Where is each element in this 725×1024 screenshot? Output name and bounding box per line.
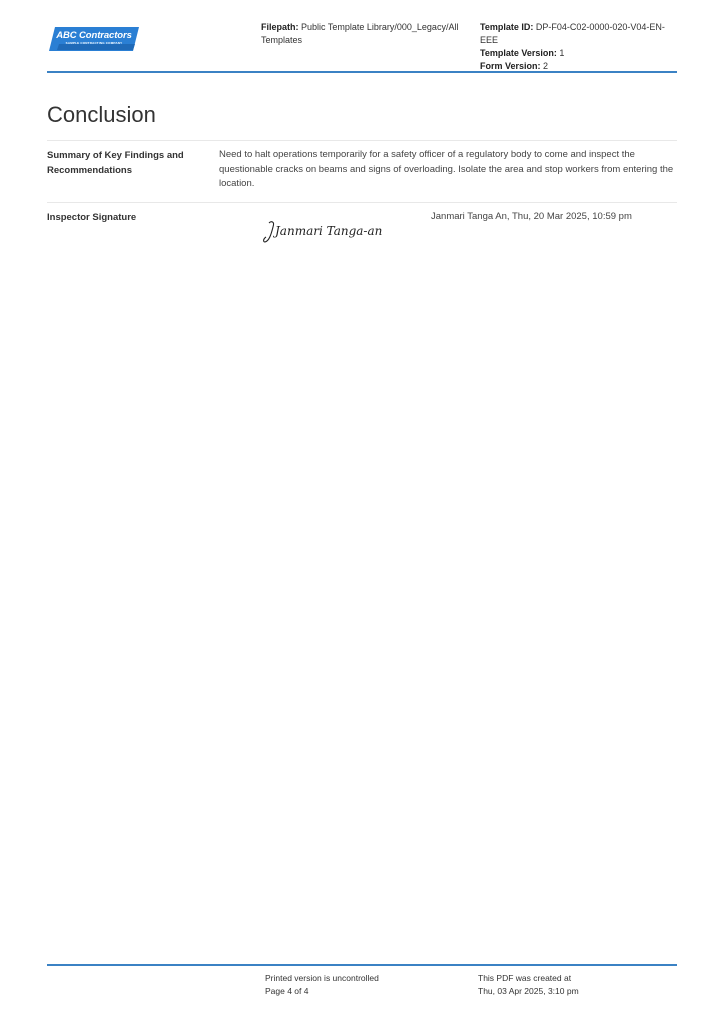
findings-label: Summary of Key Findings and Recommendati…: [47, 148, 197, 178]
form-version-value: 2: [543, 61, 548, 71]
logo-subtitle: SAMPLE CONTRACTING COMPANY: [49, 41, 139, 45]
signature-row: Inspector Signature Janmari Tanga-an Jan…: [47, 202, 677, 252]
page-indicator: Page 4 of 4: [265, 985, 465, 998]
template-id-label: Template ID:: [480, 22, 533, 32]
template-version-value: 1: [559, 48, 564, 58]
footer-created-info: This PDF was created at Thu, 03 Apr 2025…: [478, 972, 678, 998]
filepath-label: Filepath:: [261, 22, 299, 32]
filepath-info: Filepath: Public Template Library/000_Le…: [261, 21, 461, 47]
document-page: ABC Contractors SAMPLE CONTRACTING COMPA…: [0, 0, 725, 1024]
signature-label: Inspector Signature: [47, 210, 197, 225]
template-info: Template ID: DP-F04-C02-0000-020-V04-EN-…: [480, 21, 680, 73]
section-title: Conclusion: [47, 102, 156, 128]
signature-metadata: Janmari Tanga An, Thu, 20 Mar 2025, 10:5…: [431, 210, 632, 224]
created-label: This PDF was created at: [478, 972, 678, 985]
company-logo: ABC Contractors SAMPLE CONTRACTING COMPA…: [49, 26, 139, 52]
page-header: ABC Contractors SAMPLE CONTRACTING COMPA…: [47, 0, 677, 73]
created-value: Thu, 03 Apr 2025, 3:10 pm: [478, 985, 678, 998]
footer-divider: [47, 964, 677, 966]
footer-print-info: Printed version is uncontrolled Page 4 o…: [265, 972, 465, 998]
logo-title: ABC Contractors: [49, 30, 139, 41]
printed-notice: Printed version is uncontrolled: [265, 972, 465, 985]
template-version-label: Template Version:: [480, 48, 557, 58]
header-divider: [47, 71, 677, 73]
form-version-label: Form Version:: [480, 61, 541, 71]
findings-value: Need to halt operations temporarily for …: [219, 148, 674, 192]
findings-row: Summary of Key Findings and Recommendati…: [47, 140, 677, 202]
signature-image: Janmari Tanga-an: [261, 215, 391, 247]
signature-text: Janmari Tanga-an: [272, 224, 382, 238]
